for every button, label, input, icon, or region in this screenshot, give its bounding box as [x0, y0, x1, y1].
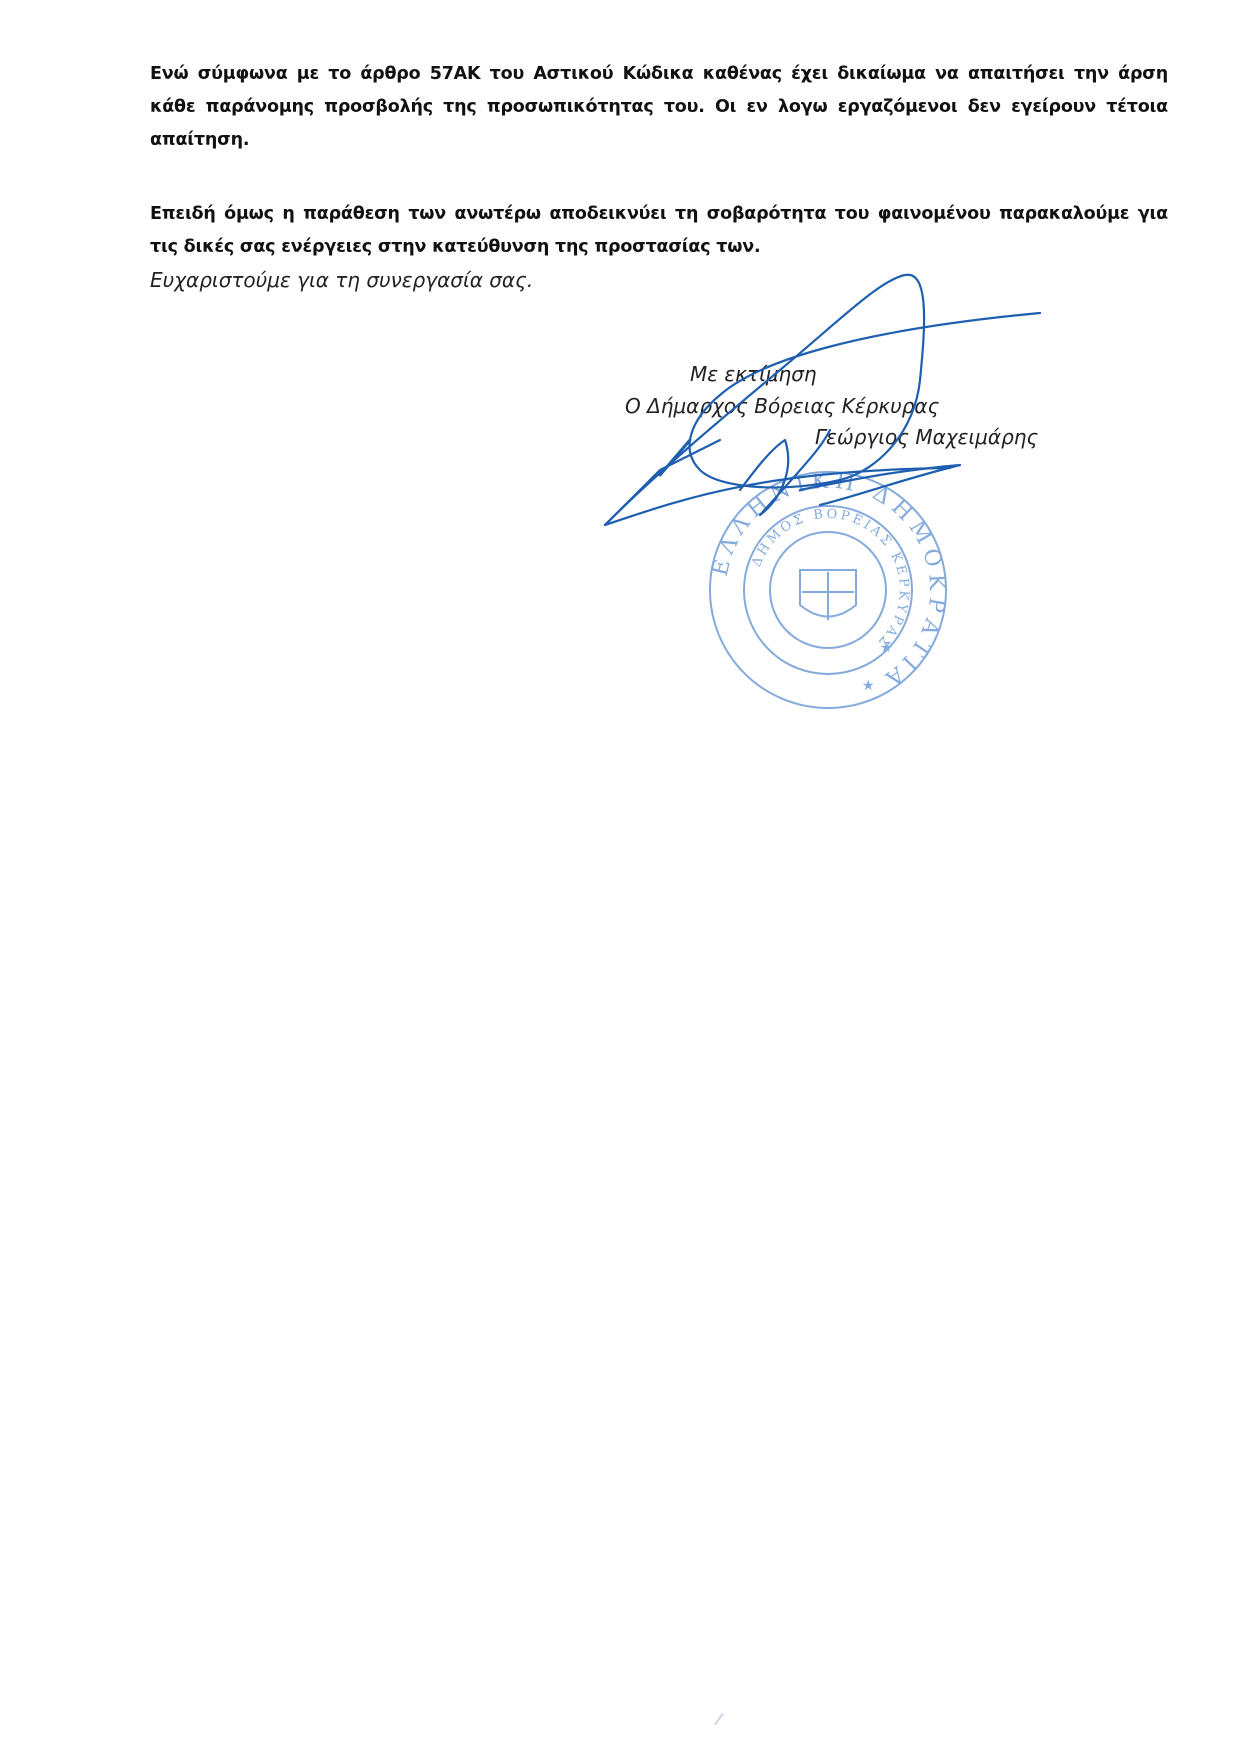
thanks-line: Ευχαριστούμε για τη συνεργασία σας. — [150, 268, 533, 292]
coat-of-arms-icon — [800, 570, 856, 620]
svg-text:ΕΛΛΗΝΙΚΗ ΔΗΜΟΚΡΑΤΙΑ: ΕΛΛΗΝΙΚΗ ΔΗΜΟΚΡΑΤΙΑ — [708, 469, 950, 695]
closing-title: Ο Δήμαρχος Βόρειας Κέρκυρας — [625, 394, 939, 418]
paragraph-article-57: Ενώ σύμφωνα με το άρθρο 57ΑΚ του Αστικού… — [150, 58, 1168, 157]
document-page: Ενώ σύμφωνα με το άρθρο 57ΑΚ του Αστικού… — [0, 0, 1240, 1753]
paragraph-request: Επειδή όμως η παράθεση των ανωτέρω αποδε… — [150, 198, 1168, 264]
svg-text:★: ★ — [880, 640, 893, 656]
stamp-inner-text: ΔΗΜΟΣ ΒΟΡΕΙΑΣ ΚΕΡΚΥΡΑΣ — [749, 507, 911, 652]
svg-text:★: ★ — [862, 678, 875, 694]
official-stamp: ΕΛΛΗΝΙΚΗ ΔΗΜΟΚΡΑΤΙΑ ΔΗΜΟΣ ΒΟΡΕΙΑΣ ΚΕΡΚΥΡ… — [708, 469, 950, 708]
stamp-outer-text: ΕΛΛΗΝΙΚΗ ΔΗΜΟΚΡΑΤΙΑ — [708, 469, 950, 695]
closing-name: Γεώργιος Μαχειμάρης — [815, 425, 1038, 449]
scan-artifact-mark — [714, 1713, 724, 1726]
closing-salutation: Με εκτίμηση — [690, 362, 817, 386]
svg-text:ΔΗΜΟΣ ΒΟΡΕΙΑΣ ΚΕΡΚΥΡΑΣ: ΔΗΜΟΣ ΒΟΡΕΙΑΣ ΚΕΡΚΥΡΑΣ — [749, 507, 911, 652]
